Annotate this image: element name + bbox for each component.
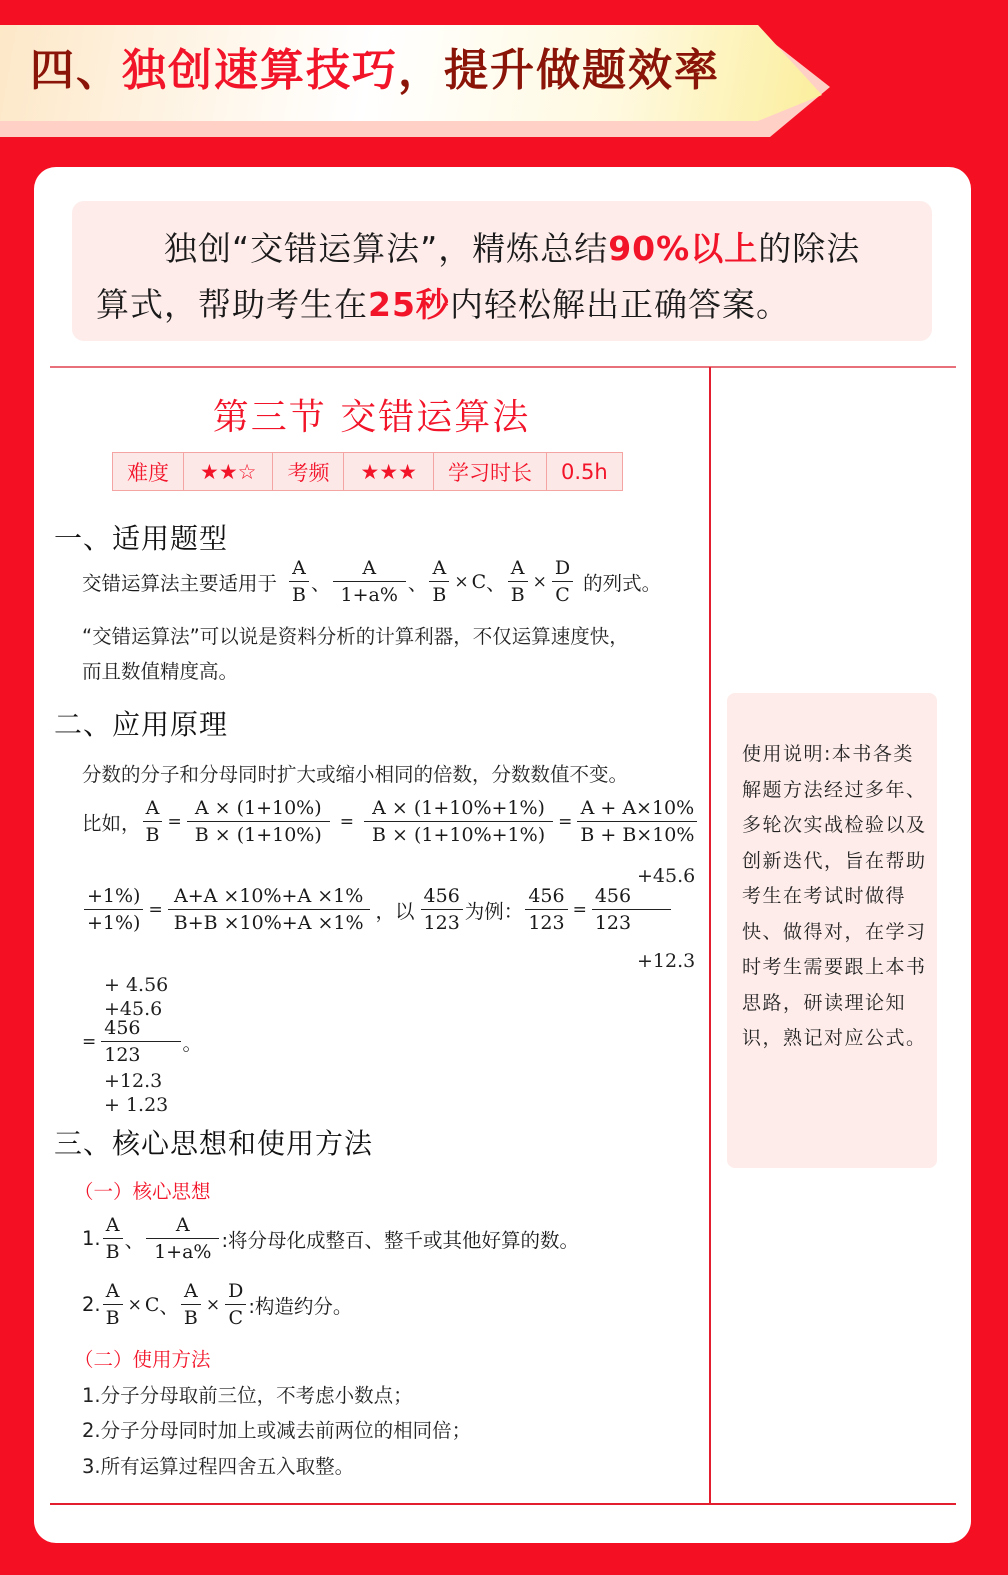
intro-highlight-percent: 90%以上 (608, 229, 758, 268)
fraction: +1%)+1%) (84, 883, 143, 936)
usage-step-3: 3.所有运算过程四舍五入取整。 (82, 1451, 354, 1479)
core-idea-2: 2. AB ×C 、 AB × DC :构造约分。 (82, 1278, 352, 1331)
banner-title-suffix: ，提升做题效率 (398, 45, 720, 96)
fraction: A + A×10%B + B×10% (577, 795, 697, 848)
content-card: 独创“交错运算法”，精炼总结90%以上的除法 算式，帮助考生在25秒内轻松解出正… (34, 167, 971, 1543)
fraction: AB (181, 1278, 201, 1331)
fraction: A × (1+10%+1%)B × (1+10%+1%) (364, 795, 553, 848)
usage-step-1: 1.分子分母取前三位，不考虑小数点； (82, 1380, 413, 1408)
intro-highlight-seconds: 25秒 (368, 285, 450, 324)
frequency-label: 考频 (273, 453, 344, 491)
duration-value: 0.5h (546, 453, 622, 491)
difficulty-stars: ★★☆ (184, 453, 273, 491)
section-banner: 四、独创速算技巧，提升做题效率 (0, 25, 830, 137)
applicable-formula-line: 交错运算法主要适用于 AB 、 A1+a% 、 AB ×C 、 AB × DC … (82, 555, 661, 608)
duration-label: 学习时长 (433, 453, 546, 491)
banner-title-highlight: 独创速算技巧 (122, 45, 398, 96)
heading-core-ideas: 三、核心思想和使用方法 (54, 1122, 373, 1162)
divider-vertical (709, 367, 711, 1504)
fraction: AB (429, 555, 449, 608)
heading-principle: 二、应用原理 (54, 703, 228, 743)
core-idea-1: 1. AB 、 A1+a% :将分母化成整百、整千或其他好算的数。 (82, 1212, 579, 1265)
intro-line-1: 独创“交错运算法”，精炼总结90%以上的除法 (96, 221, 908, 277)
usage-step-2: 2.分子分母同时加上或减去前两位的相同倍； (82, 1415, 471, 1443)
divider-bottom (50, 1503, 956, 1505)
fraction: AB (289, 555, 309, 608)
usage-note-text: 使用说明:本书各类解题方法经过多年、多轮次实战检验以及创新迭代，旨在帮助考生在考… (742, 737, 927, 1057)
principle-equation-1: 比如， AB = A × (1+10%)B × (1+10%) = A × (1… (82, 795, 699, 848)
step2-bottom1: +12.3 (104, 1069, 162, 1093)
fraction: DC (225, 1278, 246, 1331)
fraction: A1+a% (333, 555, 406, 608)
banner-title: 四、独创速算技巧，提升做题效率 (30, 39, 720, 103)
applicable-desc-2: 而且数值精度高。 (82, 656, 238, 684)
meta-table: 难度 ★★☆ 考频 ★★★ 学习时长 0.5h (112, 452, 623, 491)
banner-title-prefix: 四、 (30, 45, 122, 96)
intro-box: 独创“交错运算法”，精炼总结90%以上的除法 算式，帮助考生在25秒内轻松解出正… (72, 201, 932, 341)
principle-equation-3: = 456123 。 (82, 1015, 202, 1068)
intro-line-2: 算式，帮助考生在25秒内轻松解出正确答案。 (96, 277, 908, 333)
divider-top (50, 366, 956, 368)
fraction: DC (552, 555, 573, 608)
principle-equation-2: +1%)+1%) = A+A ×10%+A ×1%B+B ×10%+A ×1% … (82, 883, 673, 936)
fraction: 456123 (421, 883, 463, 936)
applicable-desc-1: “交错运算法”可以说是资料分析的计算利器，不仅运算速度快， (82, 621, 629, 649)
fraction: A1+a% (146, 1212, 219, 1265)
section-title: 第三节 交错运算法 (34, 389, 709, 440)
fraction: A+A ×10%+A ×1%B+B ×10%+A ×1% (168, 883, 370, 936)
usage-note: 使用说明:本书各类解题方法经过多年、多轮次实战检验以及创新迭代，旨在帮助考生在考… (727, 693, 937, 1168)
frequency-stars: ★★★ (344, 453, 433, 491)
difficulty-label: 难度 (113, 453, 184, 491)
fraction: AB (508, 555, 528, 608)
fraction: 456123 (592, 883, 671, 936)
step1-bottom: +12.3 (637, 949, 695, 973)
step2-top2: + 4.56 (104, 973, 168, 997)
fraction: AB (103, 1278, 123, 1331)
fraction: 456123 (525, 883, 567, 936)
fraction: A × (1+10%)B × (1+10%) (187, 795, 330, 848)
fraction: AB (103, 1212, 123, 1265)
subheading-usage: （二）使用方法 (74, 1344, 211, 1372)
step2-bottom2: + 1.23 (104, 1093, 168, 1117)
principle-desc: 分数的分子和分母同时扩大或缩小相同的倍数，分数数值不变。 (82, 759, 628, 787)
subheading-core-idea: （一）核心思想 (74, 1176, 211, 1204)
fraction: AB (143, 795, 163, 848)
fraction: 456123 (101, 1015, 180, 1068)
heading-applicable-types: 一、适用题型 (54, 517, 228, 557)
